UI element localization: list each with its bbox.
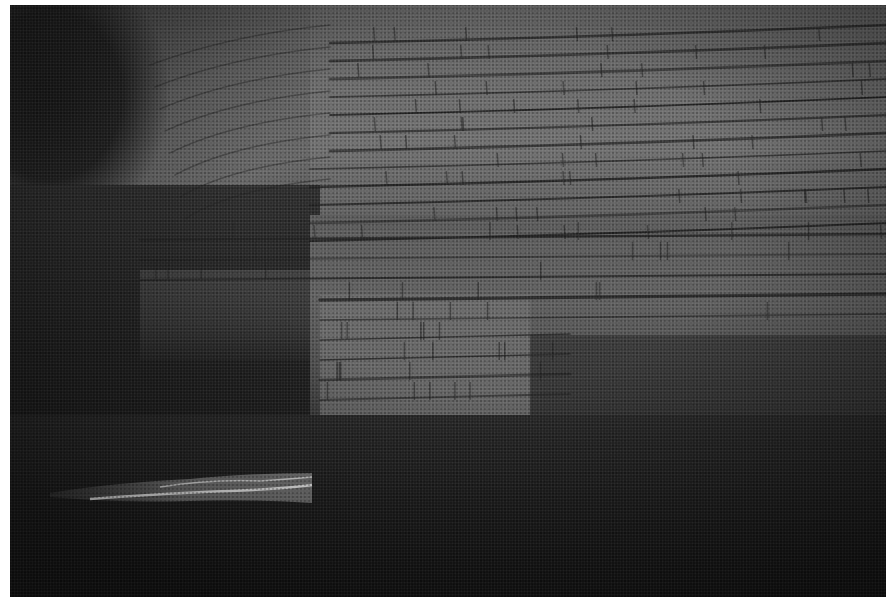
masonry-wall-photo <box>10 5 886 597</box>
vignette <box>10 5 886 597</box>
